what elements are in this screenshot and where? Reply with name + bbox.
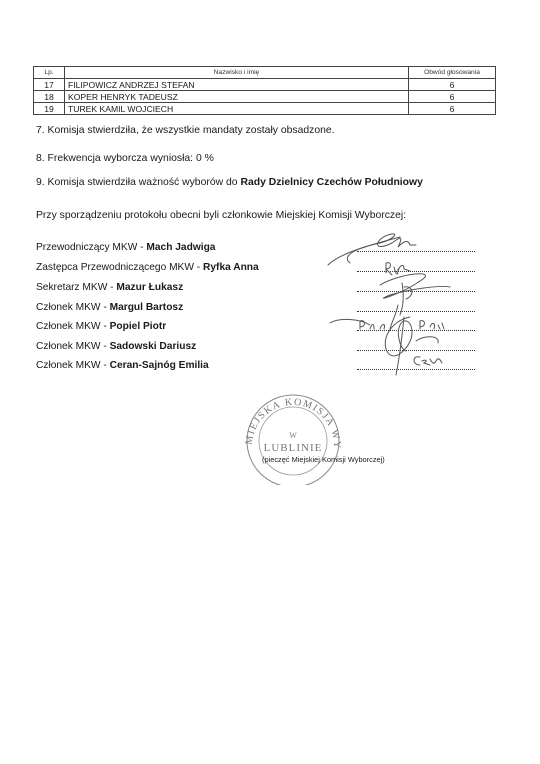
candidates-table: Lp. Nazwisko i imię Obwód głosowania 17 … bbox=[33, 66, 496, 115]
stamp-center-main: LUBLINIE bbox=[264, 442, 323, 454]
member-role: Członek MKW - bbox=[36, 341, 110, 352]
header-lp: Lp. bbox=[34, 67, 65, 79]
member-role: Członek MKW - bbox=[36, 302, 110, 313]
member-line: Członek MKW - Popiel Piotr bbox=[36, 321, 166, 332]
member-name: Ceran-Sajnóg Emilia bbox=[110, 360, 209, 371]
cell-district: 6 bbox=[409, 79, 496, 91]
member-line: Przewodniczący MKW - Mach Jadwiga bbox=[36, 242, 215, 253]
point-9: 9. Komisja stwierdziła ważność wyborów d… bbox=[36, 177, 423, 188]
member-role: Zastępca Przewodniczącego MKW - bbox=[36, 262, 203, 273]
table-row: 19 TUREK KAMIL WOJCIECH 6 bbox=[34, 103, 496, 115]
header-district: Obwód głosowania bbox=[409, 67, 496, 79]
point-9-text: 9. Komisja stwierdziła ważność wyborów d… bbox=[36, 177, 240, 188]
table-header-row: Lp. Nazwisko i imię Obwód głosowania bbox=[34, 67, 496, 79]
point-7: 7. Komisja stwierdziła, że wszystkie man… bbox=[36, 125, 335, 136]
stamp-ring-text: MIEJSKA KOMISJA WYBORCZA bbox=[230, 385, 342, 450]
header-name: Nazwisko i imię bbox=[65, 67, 409, 79]
cell-name: KOPER HENRYK TADEUSZ bbox=[65, 91, 409, 103]
cell-district: 6 bbox=[409, 91, 496, 103]
attendance-intro: Przy sporządzeniu protokołu obecni byli … bbox=[36, 210, 406, 221]
cell-name: FILIPOWICZ ANDRZEJ STEFAN bbox=[65, 79, 409, 91]
member-line: Członek MKW - Ceran-Sajnóg Emilia bbox=[36, 360, 209, 371]
protocol-page: Lp. Nazwisko i imię Obwód głosowania 17 … bbox=[0, 0, 540, 764]
member-role: Sekretarz MKW - bbox=[36, 282, 116, 293]
member-name: Margul Bartosz bbox=[110, 302, 184, 313]
cell-name: TUREK KAMIL WOJCIECH bbox=[65, 103, 409, 115]
member-name: Ryfka Anna bbox=[203, 262, 259, 273]
point-8: 8. Frekwencja wyborcza wyniosła: 0 % bbox=[36, 153, 214, 164]
member-line: Członek MKW - Sadowski Dariusz bbox=[36, 341, 196, 352]
member-line: Sekretarz MKW - Mazur Łukasz bbox=[36, 282, 183, 293]
table-row: 17 FILIPOWICZ ANDRZEJ STEFAN 6 bbox=[34, 79, 496, 91]
official-stamp-icon: MIEJSKA KOMISJA WYBORCZA W LUBLINIE bbox=[230, 385, 350, 485]
point-9-council: Rady Dzielnicy Czechów Południowy bbox=[240, 177, 422, 188]
member-role: Członek MKW - bbox=[36, 360, 110, 371]
member-role: Członek MKW - bbox=[36, 321, 110, 332]
member-name: Mach Jadwiga bbox=[146, 242, 215, 253]
svg-text:MIEJSKA KOMISJA WYBORCZA: MIEJSKA KOMISJA WYBORCZA bbox=[230, 385, 342, 450]
table-row: 18 KOPER HENRYK TADEUSZ 6 bbox=[34, 91, 496, 103]
stamp-center-top: W bbox=[289, 431, 297, 440]
member-name: Sadowski Dariusz bbox=[110, 341, 197, 352]
cell-lp: 18 bbox=[34, 91, 65, 103]
member-line: Zastępca Przewodniczącego MKW - Ryfka An… bbox=[36, 262, 259, 273]
signatures-icon bbox=[300, 225, 500, 385]
cell-lp: 17 bbox=[34, 79, 65, 91]
cell-district: 6 bbox=[409, 103, 496, 115]
stamp-caption: (pieczęć Miejskiej Komisji Wyborczej) bbox=[262, 455, 385, 464]
cell-lp: 19 bbox=[34, 103, 65, 115]
member-line: Członek MKW - Margul Bartosz bbox=[36, 302, 183, 313]
member-role: Przewodniczący MKW - bbox=[36, 242, 146, 253]
member-name: Mazur Łukasz bbox=[116, 282, 183, 293]
member-name: Popiel Piotr bbox=[110, 321, 167, 332]
